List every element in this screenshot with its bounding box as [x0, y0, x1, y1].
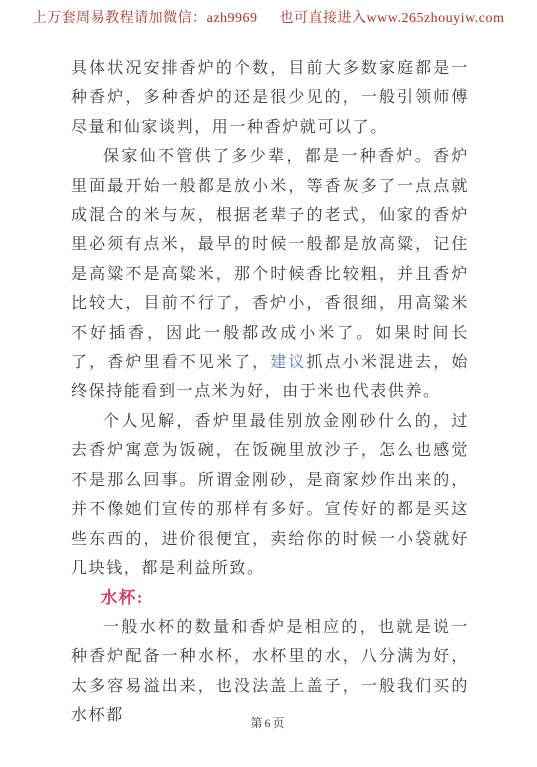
- promo-header-website-text: 也可直接进入www.265zhouyiw.com: [280, 7, 505, 27]
- highlighted-word-jianyi: 建议: [270, 354, 306, 371]
- promo-header-wechat-text: 上万套周易教程请加微信：azh9969: [33, 7, 258, 27]
- promo-header: 上万套周易教程请加微信：azh9969 也可直接进入www.265zhouyiw…: [0, 7, 537, 27]
- document-body: 具体状况安排香炉的个数，目前大多数家庭都是一种香炉，多种香炉的还是很少见的，一般…: [71, 54, 469, 730]
- paragraph-personal-opinion: 个人见解，香炉里最佳别放金刚砂什么的，过去香炉寓意为饭碗，在饭碗里放沙子，怎么也…: [71, 407, 469, 583]
- page-number-label: 第6页: [0, 714, 537, 731]
- section-heading-water-cup: 水杯:: [71, 583, 469, 612]
- paragraph-incense-burner-count: 具体状况安排香炉的个数，目前大多数家庭都是一种香炉，多种香炉的还是很少见的，一般…: [71, 54, 469, 142]
- paragraph-water-cup: 一般水杯的数量和香炉是相应的，也就是说一种香炉配备一种水杯，水杯里的水，八分满为…: [71, 613, 469, 731]
- paragraph-baojiaxian-burner: 保家仙不管供了多少辈，都是一种香炉。香炉里面最开始一般都是放小米，等香灰多了一点…: [71, 142, 469, 407]
- scanned-document-page: 上万套周易教程请加微信：azh9969 也可直接进入www.265zhouyiw…: [0, 0, 537, 767]
- paragraph-baojiaxian-text-before: 保家仙不管供了多少辈，都是一种香炉。香炉里面最开始一般都是放小米，等香灰多了一点…: [71, 148, 469, 371]
